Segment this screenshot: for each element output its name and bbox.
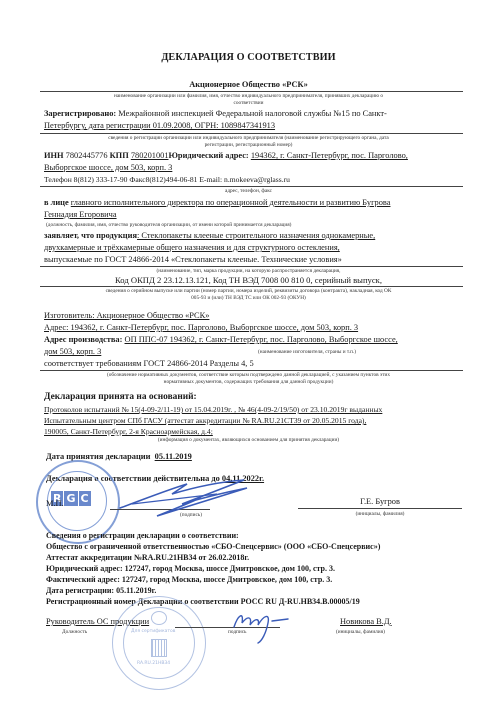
certifier-stamp: Для сертификатов RA.RU.21НВ34: [112, 596, 206, 690]
logo-c: C: [79, 491, 91, 506]
applicant-caption-2: соответствии: [0, 100, 497, 107]
production-address: ОП ППС-07 194362, г. Санкт-Петербург, по…: [125, 335, 398, 344]
divider: [40, 286, 463, 287]
codes-caption-2: 005-93 и (или) ТН ВЭД ТС или ОК 002-93 (…: [0, 295, 497, 302]
certifier-position-caption: Должность: [62, 629, 87, 636]
signer-caption: (инициалы, фамилия): [300, 511, 460, 518]
divider: [40, 370, 463, 371]
contacts-caption: адрес, телефон, факс: [0, 188, 497, 195]
product-line-1: заявляет, что продукция: Стеклопакеты кл…: [44, 231, 375, 241]
legal-address: 194362, г. Санкт-Петербург, пос. Парголо…: [251, 151, 408, 160]
inn-line: ИНН 7802445776 КПП 780201001Юридический …: [44, 151, 408, 161]
manufacturer-caption: (наименование изготовителя, страны и т.п…: [258, 349, 356, 356]
applicant-name: Акционерное Общество «РСК»: [0, 80, 497, 90]
inn-label: ИНН: [44, 151, 64, 160]
logo-g: G: [64, 491, 77, 506]
building-icon: [151, 639, 167, 657]
registration-organization: Общество с ограниченной ответственностью…: [46, 542, 380, 552]
signer-name: Г.Е. Бугров: [300, 497, 460, 507]
product-text: : Стеклопакеты клееные строительного наз…: [137, 231, 375, 240]
representative-text: главного исполнительного директора по оп…: [71, 198, 391, 207]
compliance-caption-2: нормативных документов, содержащих требо…: [0, 379, 497, 386]
document-title: ДЕКЛАРАЦИЯ О СООТВЕТСТВИИ: [0, 52, 497, 63]
registered-line-1: Зарегистрировано: Межрайонной инспекцией…: [44, 109, 387, 119]
mp-label: М.П.: [46, 499, 64, 509]
registration-date: Дата регистрации: 05.11.2019г.: [46, 586, 156, 596]
registration-actual-address: Фактический адрес: 127247, город Москва,…: [46, 575, 332, 585]
accepted-label: Дата принятия декларации: [46, 452, 150, 461]
codes-caption: сведения о серийном выпуске или партии (…: [0, 288, 497, 295]
basis-caption: (информация о документах, являющихся осн…: [0, 437, 497, 444]
representative-text-2: Геннадия Егоровича: [44, 210, 117, 220]
compliance-caption: (обозначение нормативных документов, соо…: [0, 372, 497, 379]
certifier-name-caption: (инициалы, фамилия): [336, 629, 385, 636]
compliance-text: соответствует требованиям ГОСТ 24866-201…: [44, 359, 254, 369]
production-address-2: дом 503, корп. 3: [44, 347, 101, 357]
registration-caption-2: регистрации, регистрационный номер): [0, 142, 497, 149]
registration-caption: сведения о регистрации организации или и…: [0, 135, 497, 142]
manufacturer-name: Изготовитель: Акционерное Общество «РСК»: [44, 311, 209, 321]
certifier-signature: [228, 605, 298, 645]
emblem-icon: [151, 611, 167, 625]
basis-text-3: 190005, Санкт-Петербург, 2-я Красноармей…: [44, 427, 213, 437]
certifier-position: Руководитель ОС продукции: [46, 617, 149, 627]
registration-legal-address: Юридический адрес: 127247, город Москва,…: [46, 564, 335, 574]
registration-number: Регистрационный номер Декларации о соотв…: [46, 597, 360, 607]
accepted-date: 05.11.2019: [155, 452, 223, 462]
kpp-label: КПП: [110, 151, 129, 160]
divider: [40, 91, 463, 92]
divider: [40, 266, 463, 267]
legal-address-2: Выборгское шоссе, дом 503, корп. 3: [44, 163, 172, 173]
product-caption: (наименование, тип, марка продукции, на …: [0, 268, 497, 275]
applicant-caption: наименование организации или фамилия, им…: [0, 93, 497, 100]
certifier-stamp-code: RA.RU.21НВ34: [137, 661, 170, 666]
inn-value: 7802445776: [66, 151, 108, 160]
divider: [40, 186, 463, 187]
manufacturer-address: Адрес: 194362, г. Санкт-Петербург, пос. …: [44, 323, 358, 333]
certifier-signature-caption: подпись: [228, 629, 246, 636]
signer-line: [298, 508, 462, 509]
product-line-2: двухкамерные и трёхкамерные общего назна…: [44, 243, 340, 253]
certifier-stamp-text: Для сертификатов: [131, 629, 175, 634]
registered-line-2: Петербургу, дата регистрации 01.09.2008,…: [44, 121, 275, 131]
registered-text: Межрайонной инспекцией Федеральной налог…: [118, 109, 387, 118]
basis-heading: Декларация принята на оснований:: [44, 392, 197, 402]
certifier-name: Новикова В.Д.: [340, 617, 392, 627]
production-address-line: Адрес производства: ОП ППС-07 194362, г.…: [44, 335, 398, 345]
product-codes: Код ОКПД 2 23.12.13.121, Код ТН ВЭД 7008…: [0, 275, 497, 285]
representative-caption: (должность, фамилия, имя, отчество руков…: [46, 222, 291, 229]
contacts: Телефон 8(812) 333-17-90 Факс8(812)494-0…: [44, 175, 290, 185]
product-label: заявляет, что продукция: [44, 231, 137, 240]
representative-line: в лице главного исполнительного директор…: [44, 198, 390, 208]
legal-address-label: Юридический адрес:: [169, 151, 249, 160]
basis-text-2: Испытательным центром СПб ГАСУ (аттестат…: [44, 416, 366, 426]
registration-heading: Сведения о регистрации декларации о соот…: [46, 531, 239, 541]
basis-text-1: Протоколов испытаний № 15(4-09-2/11-19) …: [44, 405, 382, 415]
product-line-3: выпускаемые по ГОСТ 24866-2014 «Стеклопа…: [44, 255, 342, 265]
registered-label: Зарегистрировано:: [44, 109, 116, 118]
representative-label: в лице: [44, 198, 69, 207]
registration-accreditation: Аттестат аккредитации №RA.RU.21НВ34 от 2…: [46, 553, 249, 563]
production-address-label: Адрес производства:: [44, 335, 122, 344]
divider: [40, 133, 463, 134]
signature-caption: (подпись): [180, 512, 202, 519]
kpp-value: 780201001: [131, 151, 169, 160]
